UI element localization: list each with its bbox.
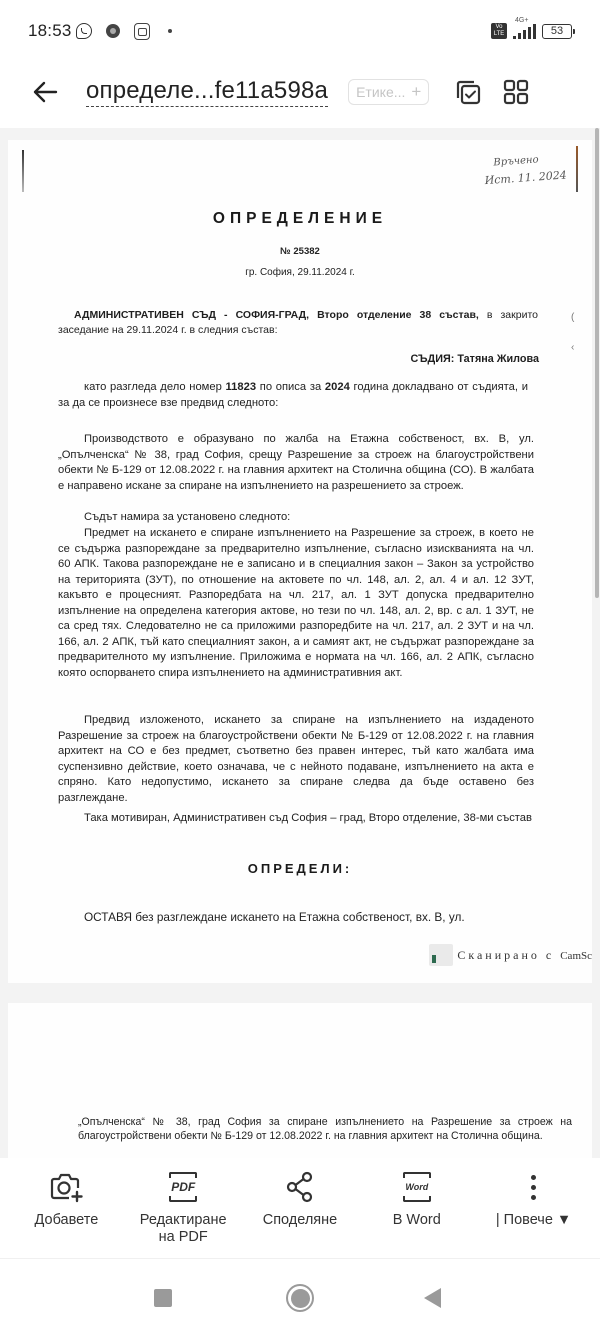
judge-line: СЪДИЯ: Татяна Жилова — [58, 352, 539, 368]
paragraph-decision-continued: „Опълченска“ № 38, град София за спиране… — [78, 1115, 572, 1143]
recent-apps-icon[interactable] — [154, 1289, 172, 1307]
document-page-2: „Опълченска“ № 38, град София за спиране… — [8, 1003, 592, 1158]
camscanner-logo-icon — [429, 944, 453, 966]
scan-watermark: Сканирано с CamSc — [429, 944, 592, 966]
scan-edge-mark — [576, 146, 578, 192]
mi-icon — [134, 23, 150, 40]
add-tag-button[interactable]: Етике... + — [348, 79, 429, 105]
notification-dot-icon — [168, 29, 172, 33]
back-button[interactable] — [30, 77, 60, 107]
grid-view-button[interactable] — [499, 75, 533, 109]
status-system-icons: VoLTE 4G+ 53 — [491, 23, 572, 39]
share-label: Споделяне — [263, 1212, 338, 1229]
plus-icon: + — [411, 82, 421, 102]
system-nav-bar — [0, 1258, 600, 1333]
handwritten-note: Връчено Ист. 11. 2024 — [493, 150, 567, 189]
home-icon[interactable] — [286, 1284, 314, 1312]
volte-icon: VoLTE — [491, 23, 507, 39]
word-icon: Word — [403, 1172, 431, 1202]
status-notification-icons — [76, 23, 172, 40]
to-word-label: B Word — [393, 1212, 441, 1229]
edit-pdf-label: Редактиране на PDF — [133, 1212, 233, 1246]
scan-edge-mark — [22, 150, 24, 192]
back-triangle-icon[interactable] — [424, 1288, 441, 1308]
status-time: 18:53 — [28, 21, 72, 41]
court-composition: АДМИНИСТРАТИВЕН СЪД - СОФИЯ-ГРАД, Второ … — [58, 308, 538, 337]
more-vertical-icon — [531, 1175, 536, 1200]
status-bar: 18:53 VoLTE 4G+ 53 — [0, 0, 600, 62]
viber-icon — [76, 23, 92, 39]
document-viewer[interactable]: Връчено Ист. 11. 2024 ОПРЕДЕЛЕНИЕ № 2538… — [0, 128, 600, 1158]
grid-view-icon — [503, 79, 529, 105]
paragraph-subject: Предмет на искането е спиране изпълнение… — [58, 526, 534, 681]
pdf-edit-icon: PDF — [169, 1172, 197, 1202]
add-page-button[interactable]: Добавете — [8, 1158, 125, 1253]
arrow-left-icon — [32, 80, 58, 104]
document-number: № 25382 — [8, 246, 592, 257]
more-label: | Повече ▼ — [496, 1212, 571, 1229]
to-word-button[interactable]: Word B Word — [358, 1158, 475, 1253]
paragraph-motivated: Така мотивиран, Административен съд Софи… — [58, 811, 534, 827]
document-heading: ОПРЕДЕЛЕНИЕ — [8, 210, 592, 228]
chrome-icon — [106, 24, 120, 38]
network-type: 4G+ — [515, 17, 528, 24]
paragraph-proceedings: Производството е образувано по жалба на … — [58, 432, 534, 494]
document-place-date: гр. София, 29.11.2024 г. — [8, 267, 592, 278]
margin-mark: ‹ — [571, 342, 574, 353]
considered-paragraph: като разгледа дело номер 11823 по описа … — [58, 380, 528, 411]
share-icon — [285, 1171, 315, 1203]
multi-select-check-icon — [454, 78, 482, 106]
signal-icon: 4G+ — [513, 23, 536, 39]
share-button[interactable]: Споделяне — [242, 1158, 359, 1253]
add-page-label: Добавете — [35, 1212, 99, 1229]
paragraph-decision: ОСТАВЯ без разглеждане искането на Етажн… — [58, 910, 534, 926]
more-button[interactable]: | Повече ▼ — [475, 1158, 592, 1253]
title-bar: определе...fe11a598a Етике... + — [0, 62, 600, 122]
paragraph-court-finds: Съдът намира за установено следното: — [58, 510, 534, 526]
tag-placeholder: Етике... — [356, 84, 405, 100]
document-title[interactable]: определе...fe11a598a — [86, 77, 328, 107]
battery-icon: 53 — [542, 24, 572, 39]
margin-mark: ( — [571, 312, 574, 323]
bottom-toolbar: Добавете PDF Редактиране на PDF Споделян… — [0, 1158, 600, 1253]
document-page-1: Връчено Ист. 11. 2024 ОПРЕДЕЛЕНИЕ № 2538… — [8, 140, 592, 983]
camera-add-icon — [49, 1171, 83, 1203]
multi-select-button[interactable] — [451, 75, 485, 109]
decree-heading: ОПРЕДЕЛИ: — [8, 861, 592, 876]
scrollbar[interactable] — [595, 128, 599, 598]
paragraph-conclusion: Предвид изложеното, искането за спиране … — [58, 713, 534, 806]
edit-pdf-button[interactable]: PDF Редактиране на PDF — [125, 1158, 242, 1253]
